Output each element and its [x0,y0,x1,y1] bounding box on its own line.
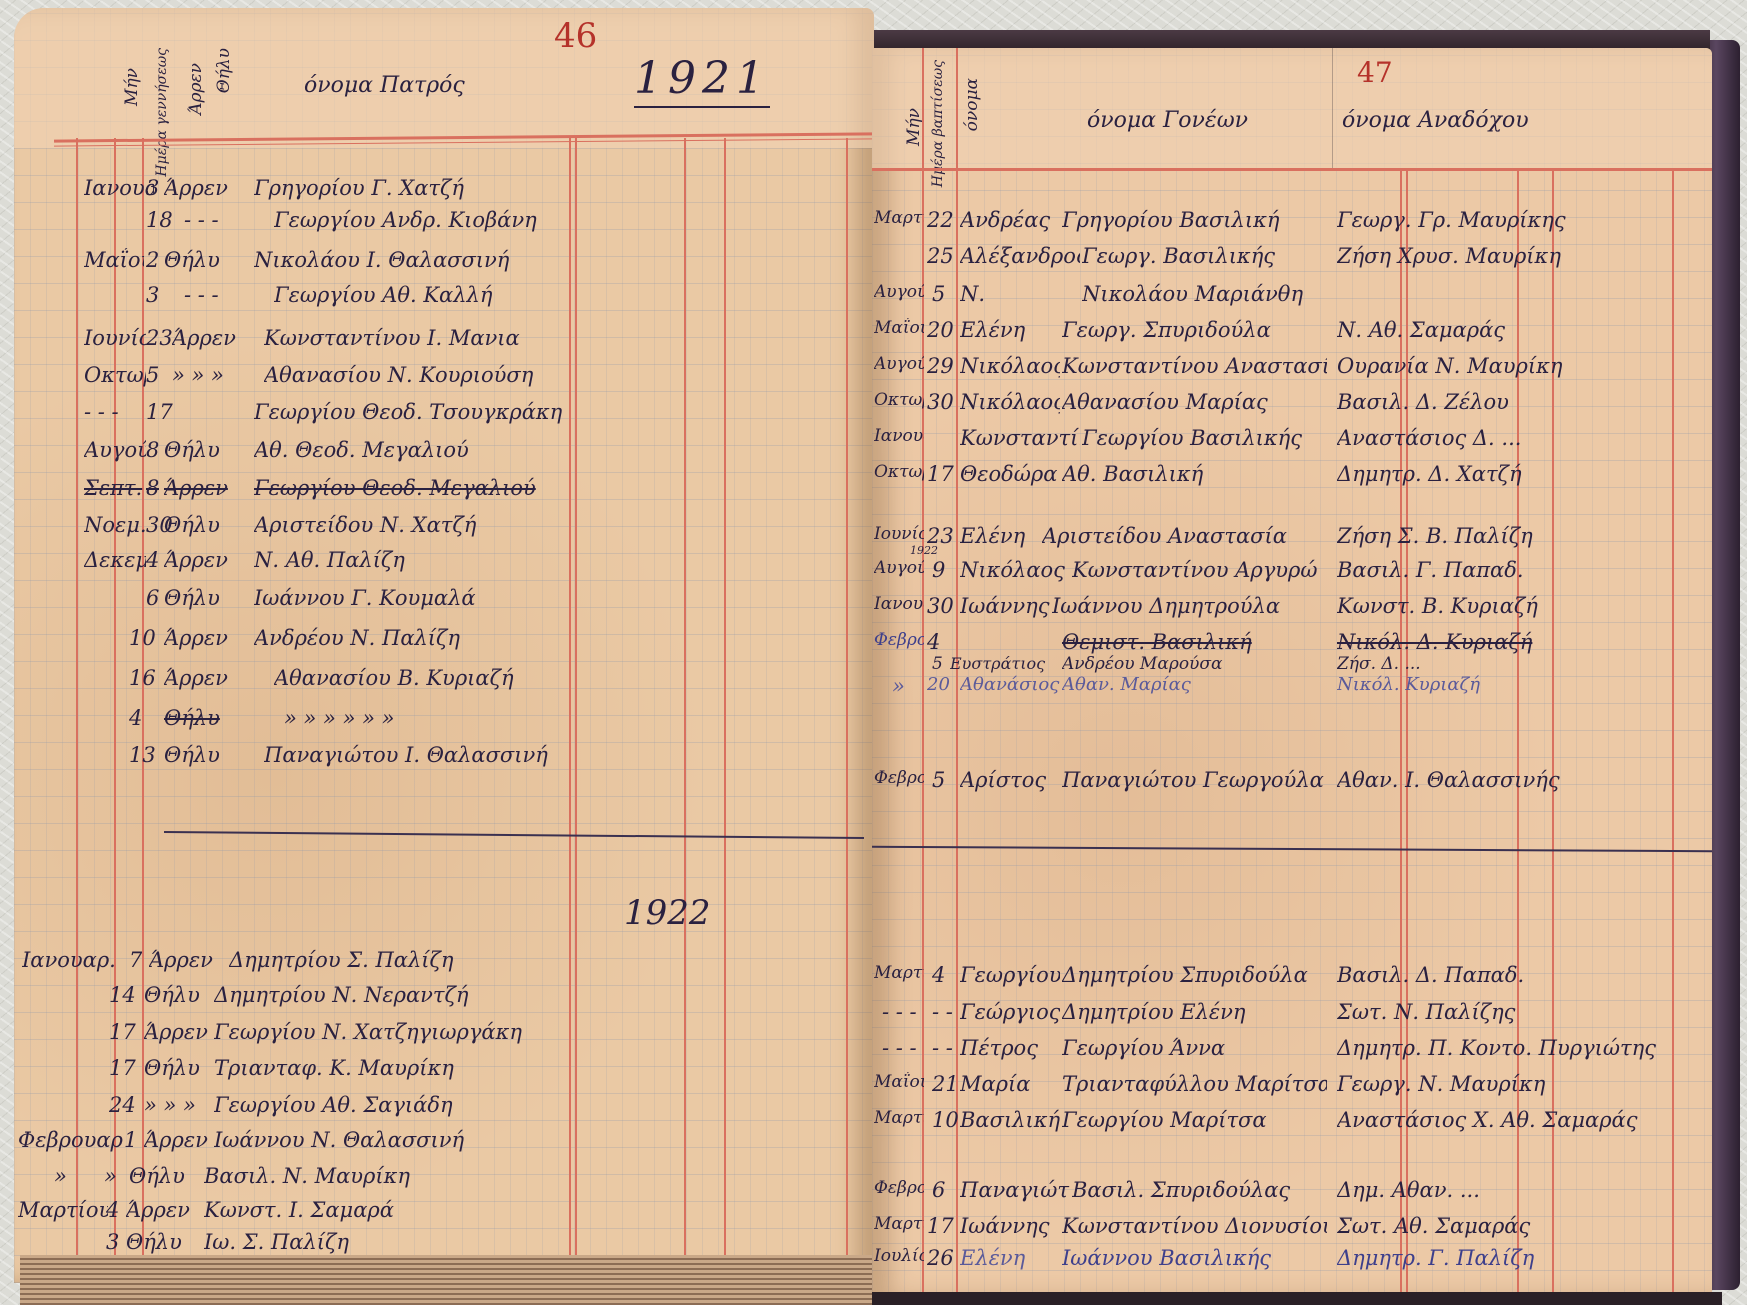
cell-month: - - - [882,1000,917,1024]
table-row: Αυγούστ. 5 Ν. Νικολάου Μαριάνθη [872,282,1712,318]
year-heading-1921: 1921 [634,53,770,104]
cell-father: Γρηγορίου Γ. Χατζή [254,176,464,200]
cell-day: 26 [927,1246,954,1270]
cell-month: Αυγούστ. [874,354,924,374]
cell-name: Αθανάσιος [960,674,1060,695]
cell-month: Φεβρουαρ. [18,1128,123,1152]
cell-father: Γεωργίου Θεοδ. Τσουγκράκη [254,400,562,424]
cell-parents: Κωνσταντίνου Αργυρώ [1072,558,1327,582]
cell-day: - - [932,1000,953,1024]
cell-day: 17 [109,1056,136,1080]
cell-father: Αθανασίου Β. Κυριαζή [274,666,514,690]
table-row: Ιουνίου 23 Ελένη Αριστείδου Αναστασία Ζή… [872,524,1712,560]
cell-sex: Άρρεν [164,476,228,500]
cell-godparent: Αναστάσιος Χ. Αθ. Σαμαράς [1337,1108,1667,1132]
col-head-father: όνομα Πατρός [304,73,465,98]
cell-father: Αθανασίου Ν. Κουριούση [264,363,533,387]
table-row: » » Θήλυ Βασιλ. Ν. Μαυρίκη [14,1164,874,1200]
cell-father: Δημητρίου Ν. Νεραντζή [214,983,469,1007]
cell-father: Ιωάννου Ν. Θαλασσινή [214,1128,464,1152]
table-row-struck: Σεπτ. 8 Άρρεν Γεωργίου Θεοδ. Μεγαλιού [14,476,874,512]
right-cover-bottom [872,1292,1722,1305]
cell-name: Αλέξανδρος [960,244,1080,268]
cell-sex: Άρρεν [172,326,236,350]
cell-sex: » » » [172,363,224,387]
cell-sex: Θήλυ [164,438,220,462]
cell-sex: Άρρεν [126,1198,190,1222]
cell-parents: Τριανταφύλλου Μαρίτσα [1062,1072,1327,1096]
cell-day: 6 [146,586,159,610]
cell-father: Κωνσταντίνου Ι. Μανια [264,326,520,350]
cell-godparent: Νικόλ. Κυριαζή [1337,674,1667,695]
table-row: Μαΐου 21 Μαρία Τριανταφύλλου Μαρίτσα Γεω… [872,1072,1712,1108]
cell-parents: Ιωάννου Βασιλικής [1062,1246,1327,1270]
cell-name: Γεώργιος [960,1000,1060,1024]
cell-month: Δεκεμβ. [84,548,146,572]
table-row: Δεκεμβ. 4 Άρρεν Ν. Αθ. Παλίζη [14,548,874,584]
cell-sex: Άρρεν [144,1128,208,1152]
cell-godparent: Ζήση Σ. Β. Παλίζη [1337,524,1667,548]
right-page: 47 Μήν Ημέρα βαπτίσεως όνομα όνομα Γονέω… [872,48,1712,1298]
cell-sex: Θήλυ [164,586,220,610]
cell-month: - - - [84,400,146,424]
table-row: Οκτωβρ. 5 » » » Αθανασίου Ν. Κουριούση [14,363,874,399]
cell-day: 29 [927,354,954,378]
col-head-month: Μήν [122,68,142,106]
cell-sex: Θήλυ [144,1056,200,1080]
cell-father: Γεωργίου Θεοδ. Μεγαλιού [254,476,536,500]
cell-day: 3 [106,1230,119,1254]
cell-parents: Βασιλ. Σπυριδούλας [1072,1178,1327,1202]
cell-day: 30 [927,390,954,414]
cell-month: Αυγούστ. [84,438,146,462]
table-row: 6 Θήλυ Ιωάννου Γ. Κουμαλά [14,586,874,622]
table-row: Ιανουαρ. 7 Άρρεν Δημητρίου Σ. Παλίζη [14,948,874,984]
cell-father: Γεωργίου Ανδρ. Κιοβάνη [274,208,537,232]
cell-day: 25 [927,244,954,268]
left-page: 46 1921 Μήν Ημέρα γεννήσεως Άρρεν Θήλυ ό… [14,8,874,1283]
cell-sex: Άρρεν [164,176,228,200]
cell-name: Πέτρος [960,1036,1060,1060]
cell-day: 7 [129,948,142,972]
table-row: 14 Θήλυ Δημητρίου Ν. Νεραντζή [14,983,874,1019]
cell-godparent: Βασιλ. Γ. Παπαδ. [1337,558,1667,582]
cell-month: Σεπτ. [84,476,146,500]
cell-father: Κωνστ. Ι. Σαμαρά [204,1198,394,1222]
cell-day: 8 [146,438,159,462]
cell-parents: Δημητρίου Σπυριδούλα [1062,963,1327,987]
cell-parents: Αθανασίου Μαρίας [1062,390,1327,414]
cell-father: Γεωργίου Αθ. Καλλή [274,283,492,307]
table-row: Αυγούστ. 1922 9 Νικόλαος Κωνσταντίνου Αρ… [872,558,1712,594]
cell-father: Ιω. Σ. Παλίζη [204,1230,349,1254]
cell-godparent: Αναστάσιος Δ. ... [1337,426,1667,450]
cell-day: » [104,1164,117,1188]
table-row: Αυγούστ. 8 Θήλυ Αθ. Θεοδ. Μεγαλιού [14,438,874,474]
cell-name: Ανδρέας [960,208,1060,232]
table-row: 10 Άρρεν Ανδρέου Ν. Παλίζη [14,626,874,662]
col-head-male: Άρρεν [186,63,206,115]
cell-day: 17 [146,400,173,424]
cell-day: 16 [129,666,156,690]
col-head-name: όνομα [962,78,982,131]
cell-sex: Θήλυ [164,706,220,730]
cell-month: Οκτωβρ. [874,390,924,410]
cell-sex: Άρρεν [164,626,228,650]
cell-day: 14 [109,983,136,1007]
cell-annotation: 1922 [910,544,938,557]
cell-month: Μαρτίου [18,1198,108,1222]
open-register-book: 46 1921 Μήν Ημέρα γεννήσεως Άρρεν Θήλυ ό… [0,0,1747,1305]
cell-name: Κωνσταντίνος [960,426,1080,450]
cell-day: 17 [109,1020,136,1044]
table-row: Φεβρουαρ. 5 Αρίστος Παναγιώτου Γεωργούλα… [872,768,1712,804]
cell-name: Νικόλαος [960,390,1060,414]
cell-month: Αυγούστ. [874,282,924,302]
cell-parents: Αθαν. Μαρίας [1062,674,1327,695]
cell-month: Ιουλίου [874,1246,924,1266]
table-row: 25 Αλέξανδρος Γεωργ. Βασιλικής Ζήση Χρυσ… [872,244,1712,280]
cell-father: Γεωργίου Ν. Χατζηγιωργάκη [214,1020,522,1044]
table-row: Μαΐου 2 Θήλυ Νικολάου Ι. Θαλασσινή [14,248,874,284]
cell-sex: Θήλυ [129,1164,185,1188]
cell-godparent: Ζήση Χρυσ. Μαυρίκη [1337,244,1667,268]
cell-day: 4 [927,630,940,654]
cell-name: Παναγιώτης [960,1178,1070,1202]
table-row: Μαρτίου 10 Βασιλική Γεωργίου Μαρίτσα Ανα… [872,1108,1712,1144]
cell-godparent: Γεωργ. Γρ. Μαυρίκης [1337,208,1667,232]
cell-godparent: Κωνστ. Β. Κυριαζή [1337,594,1667,618]
cell-month: Φεβρουαρ. [874,768,924,788]
cell-parents: Γεωργ. Βασιλικής [1082,244,1322,268]
cell-father: Ανδρέου Ν. Παλίζη [254,626,460,650]
cell-month: Μαρτίου [874,963,924,983]
cell-month: Φεβρουαρ. [874,630,924,650]
table-row: - - - - - Πέτρος Γεωργίου Άννα Δημητρ. Π… [872,1036,1712,1072]
cell-parents: Γεωργίου Μαρίτσα [1062,1108,1327,1132]
cell-name: Ελένη [960,1246,1060,1270]
cell-godparent: Βασιλ. Δ. Παπαδ. [1337,963,1667,987]
cell-month: Μαΐου [874,318,924,338]
cell-sex: Άρρεν [164,666,228,690]
cell-father: Ιωάννου Γ. Κουμαλά [254,586,476,610]
table-row: 3 - - - Γεωργίου Αθ. Καλλή [14,283,874,319]
cell-month: Μαΐου [84,248,144,272]
cell-month: Ιανουαρ. [874,594,924,614]
cell-day: 1 [124,1128,137,1152]
cell-father: Βασιλ. Ν. Μαυρίκη [204,1164,410,1188]
cell-godparent: Νικόλ. Δ. Κυριαζή [1337,630,1667,654]
cell-day: 24 [109,1093,136,1117]
cell-parents: Κωνσταντίνου Διονυσίου [1062,1214,1327,1238]
cell-day: 30 [927,594,954,618]
cell-sex: Θήλυ [164,743,220,767]
cell-parents: Γεωργίου Βασιλικής [1082,426,1327,450]
cell-father: Νικολάου Ι. Θαλασσινή [254,248,509,272]
cell-day: 5 [932,768,945,792]
col-head-parents: όνομα Γονέων [1087,108,1248,133]
cell-godparent: Δημητρ. Π. Κοντο. Πυργιώτης [1337,1036,1677,1060]
cell-name: Νικόλαος [960,558,1070,582]
cell-parents: Θεμιστ. Βασιλική [1062,630,1327,654]
table-row: Ιουλίου 26 Ελένη Ιωάννου Βασιλικής Δημητ… [872,1246,1712,1282]
section-divider [872,846,1712,852]
table-row: Μαρτίου 17 Ιωάννης Κωνσταντίνου Διονυσίο… [872,1214,1712,1250]
cell-godparent: Γεωργ. Ν. Μαυρίκη [1337,1072,1667,1096]
cell-month: » [54,1164,67,1188]
table-row: 18 - - - Γεωργίου Ανδρ. Κιοβάνη [14,208,874,244]
cell-month: Μαρτίου [874,1214,924,1234]
cell-godparent: Δημητρ. Γ. Παλίζη [1337,1246,1667,1270]
cell-month: Οκτωβρ. [874,462,924,482]
cell-day: 6 [932,1178,945,1202]
cell-day: 21 [932,1072,959,1096]
cell-month: Ιανουαρ. [84,176,154,200]
cell-name: Ευστράτιος [950,654,1060,673]
cell-day: 22 [927,208,954,232]
table-row: Ιουνίου 23 Άρρεν Κωνσταντίνου Ι. Μανια [14,326,874,362]
table-row: - - - - - Γεώργιος Δημητρίου Ελένη Σωτ. … [872,1000,1712,1036]
cell-parents: Παναγιώτου Γεωργούλα [1062,768,1327,792]
cell-month: Φεβρουαρ. [874,1178,924,1198]
col-head-month: Μήν [904,108,924,146]
cell-name: Ιωάννης [960,594,1050,618]
cell-day: 3 [146,283,159,307]
table-row: 13 Θήλυ Παναγιώτου Ι. Θαλασσινή [14,743,874,779]
table-row: Νοεμ. 30 Θήλυ Αριστείδου Ν. Χατζή [14,513,874,549]
table-row: Ιανουαρ. 3 Άρρεν Γρηγορίου Γ. Χατζή [14,176,874,212]
cell-day: 13 [129,743,156,767]
table-row: Ιανουαρ. 30 Ιωάννης Ιωάννου Δημητρούλα Κ… [872,594,1712,630]
table-row-struck: 4 Θήλυ » » » » » » [14,706,874,742]
page-number-left: 46 [554,16,597,56]
cell-name: Θεοδώρα [960,462,1060,486]
cell-parents: Αθ. Βασιλική [1062,462,1327,486]
cell-day: 2 [146,248,159,272]
col-head-female: Θήλυ [214,48,234,93]
cell-father: Δημητρίου Σ. Παλίζη [229,948,453,972]
cell-month: Αυγούστ. [874,558,924,578]
table-row: - - - 17 Γεωργίου Θεοδ. Τσουγκράκη [14,400,874,436]
cell-father: Τριανταφ. Κ. Μαυρίκη [214,1056,454,1080]
cell-sex: Άρρεν [144,1020,208,1044]
cell-parents: Αριστείδου Αναστασία [1042,524,1327,548]
cell-godparent: Σωτ. Ν. Παλίζης [1337,1000,1667,1024]
cell-name: Ν. [960,282,985,306]
cell-day: 4 [146,548,159,572]
table-row: Φεβρουαρ. 1 Άρρεν Ιωάννου Ν. Θαλασσινή [14,1128,874,1164]
cell-sex: Θήλυ [126,1230,182,1254]
table-row: Ιανουαρ. Κωνσταντίνος Γεωργίου Βασιλικής… [872,426,1712,462]
cell-day: 8 [146,476,159,500]
cell-day: 10 [129,626,156,650]
cell-day: 4 [106,1198,119,1222]
cell-sex: - - - [184,283,219,307]
cell-day: 23 [146,326,173,350]
cell-father: Αριστείδου Ν. Χατζή [254,513,476,537]
cell-day: 10 [932,1108,959,1132]
cell-father: Ν. Αθ. Παλίζη [254,548,405,572]
section-divider [164,831,864,839]
cell-name: Ελένη [960,524,1040,548]
cell-day: 9 [932,558,945,582]
header-rule [872,168,1712,171]
cell-day: 5 [932,654,943,674]
cell-month: Μαΐου [874,1072,924,1092]
cell-godparent: Ουρανία Ν. Μαυρίκη [1337,354,1667,378]
page-edges-stack [20,1255,880,1305]
cell-sex: Θήλυ [144,983,200,1007]
table-row: 17 Άρρεν Γεωργίου Ν. Χατζηγιωργάκη [14,1020,874,1056]
cell-father: Αθ. Θεοδ. Μεγαλιού [254,438,469,462]
col-head-day: Ημέρα γεννήσεως [154,48,170,177]
cell-name: Νικόλαος [960,354,1060,378]
year-heading-1922: 1922 [624,893,711,933]
cell-sex: - - - [184,208,219,232]
table-row: Μαρτίου 4 Γεωργίου Δημητρίου Σπυριδούλα … [872,963,1712,999]
cell-sex: Άρρεν [164,548,228,572]
table-row: 17 Θήλυ Τριανταφ. Κ. Μαυρίκη [14,1056,874,1092]
right-header-band [872,48,1712,168]
cell-month: Μαρτίου [874,1108,924,1128]
cell-godparent: Ν. Αθ. Σαμαράς [1337,318,1667,342]
table-row: Μαΐου 20 Ελένη Γεωργ. Σπυριδούλα Ν. Αθ. … [872,318,1712,354]
cell-month: » [892,674,905,698]
cell-name: Γεωργίου [960,963,1060,987]
table-row: Οκτωβρ. 30 Νικόλαος Αθανασίου Μαρίας Βασ… [872,390,1712,426]
cell-day: 17 [927,462,954,486]
cell-godparent: Σωτ. Αθ. Σαμαράς [1337,1214,1667,1238]
cell-parents: Γεωργίου Άννα [1062,1036,1327,1060]
table-row: 16 Άρρεν Αθανασίου Β. Κυριαζή [14,666,874,702]
cell-day: - - [932,1036,953,1060]
cell-sex: Άρρεν [149,948,213,972]
cell-name: Αρίστος [960,768,1046,792]
cell-parents: Νικολάου Μαριάνθη [1082,282,1332,306]
cell-month: Ιανουαρ. [22,948,132,972]
cell-day: 17 [927,1214,954,1238]
table-row: 24 » » » Γεωργίου Αθ. Σαγιάδη [14,1093,874,1129]
cell-name: Μαρία [960,1072,1060,1096]
cell-father: Γεωργίου Αθ. Σαγιάδη [214,1093,453,1117]
cell-parents: Ανδρέου Μαρούσα [1062,654,1327,674]
cell-day: 5 [146,363,159,387]
cell-day: 3 [146,176,159,200]
cell-parents: Γεωργ. Σπυριδούλα [1062,318,1322,342]
cell-parents: Δημητρίου Ελένη [1062,1000,1327,1024]
cell-name: Ελένη [960,318,1025,342]
table-row: Αυγούστ. 29 Νικόλαος Κωνσταντίνου Αναστα… [872,354,1712,390]
cell-parents: Κωνσταντίνου Αναστασίας [1062,354,1327,378]
cell-sex: Θήλυ [164,513,220,537]
cell-parents: Γρηγορίου Βασιλική [1062,208,1322,232]
cell-parents: Ιωάννου Δημητρούλα [1052,594,1327,618]
cell-month: Ιουνίου [874,524,924,544]
cell-month: Ιουνίου [84,326,146,350]
cell-day: 5 [932,282,945,306]
cell-month: Οκτωβρ. [84,363,146,387]
cell-father: » » » » » » [284,706,394,730]
cell-godparent: Αθαν. Ι. Θαλασσινής [1337,768,1667,792]
cell-father: Παναγιώτου Ι. Θαλασσινή [264,743,548,767]
cell-month: - - - [882,1036,917,1060]
cell-godparent: Βασιλ. Δ. Ζέλου [1337,390,1667,414]
cell-day: 4 [932,963,945,987]
cell-day: 18 [146,208,173,232]
table-row: Φεβρουαρ. 6 Παναγιώτης Βασιλ. Σπυριδούλα… [872,1178,1712,1214]
cell-month: Μαρτίου [874,208,924,228]
cell-day: 4 [129,706,142,730]
header-divider [1332,48,1333,168]
cell-name: Βασιλική [960,1108,1060,1132]
table-row: Μαρτίου 4 Άρρεν Κωνστ. Ι. Σαμαρά [14,1198,874,1234]
col-head-godparent: όνομα Αναδόχου [1342,108,1529,133]
cell-day: 20 [927,318,954,342]
cell-godparent: Δημητρ. Δ. Χατζή [1337,462,1667,486]
cell-sex: » » » [144,1093,196,1117]
cell-name: Ιωάννης [960,1214,1060,1238]
cell-godparent: Ζήσ. Δ. ... [1337,654,1667,674]
cell-godparent: Δημ. Αθαν. ... [1337,1178,1667,1202]
table-row: Μαρτίου 22 Ανδρέας Γρηγορίου Βασιλική Γε… [872,208,1712,244]
page-number-right: 47 [1357,56,1393,89]
table-row: Οκτωβρ. 17 Θεοδώρα Αθ. Βασιλική Δημητρ. … [872,462,1712,498]
cell-sex: Θήλυ [164,248,220,272]
table-row: » 20 Αθανάσιος Αθαν. Μαρίας Νικόλ. Κυρια… [872,674,1712,710]
cell-month: Νοεμ. [84,513,146,537]
cell-day: 20 [927,674,950,695]
cell-month: Ιανουαρ. [874,426,924,446]
